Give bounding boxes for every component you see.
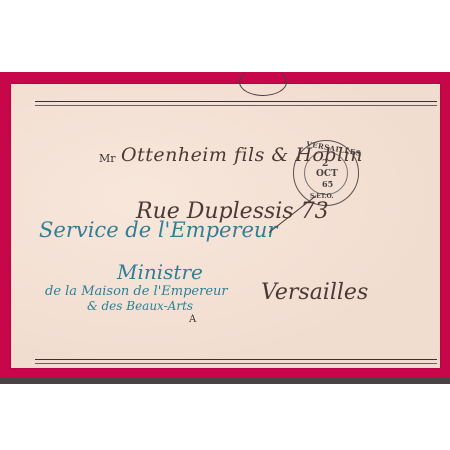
official-marking-ministre: Ministre <box>117 260 203 284</box>
official-marking-service: Service de l'Empereur <box>39 218 277 242</box>
letter-mark: A <box>189 314 196 325</box>
shadow-strip <box>0 378 450 384</box>
postmark-year: 65 <box>322 179 333 189</box>
top-rule-line <box>35 101 437 106</box>
partial-postmark-top <box>239 68 287 96</box>
address-name: Ottenheim fils & Hoblin <box>121 144 363 166</box>
address-city: Versailles <box>261 280 368 305</box>
bottom-rule-line <box>35 359 437 364</box>
official-marking-maison: de la Maison de l'Empereur <box>45 284 228 299</box>
postmark-month: OCT <box>316 169 338 179</box>
address-prefix: Mr <box>99 152 116 165</box>
letter-cover: VERSAILLES 2 OCT 65 S.ET.O. Mr Ottenheim… <box>11 84 440 368</box>
official-marking-beaux-arts: & des Beaux-Arts <box>87 299 193 313</box>
